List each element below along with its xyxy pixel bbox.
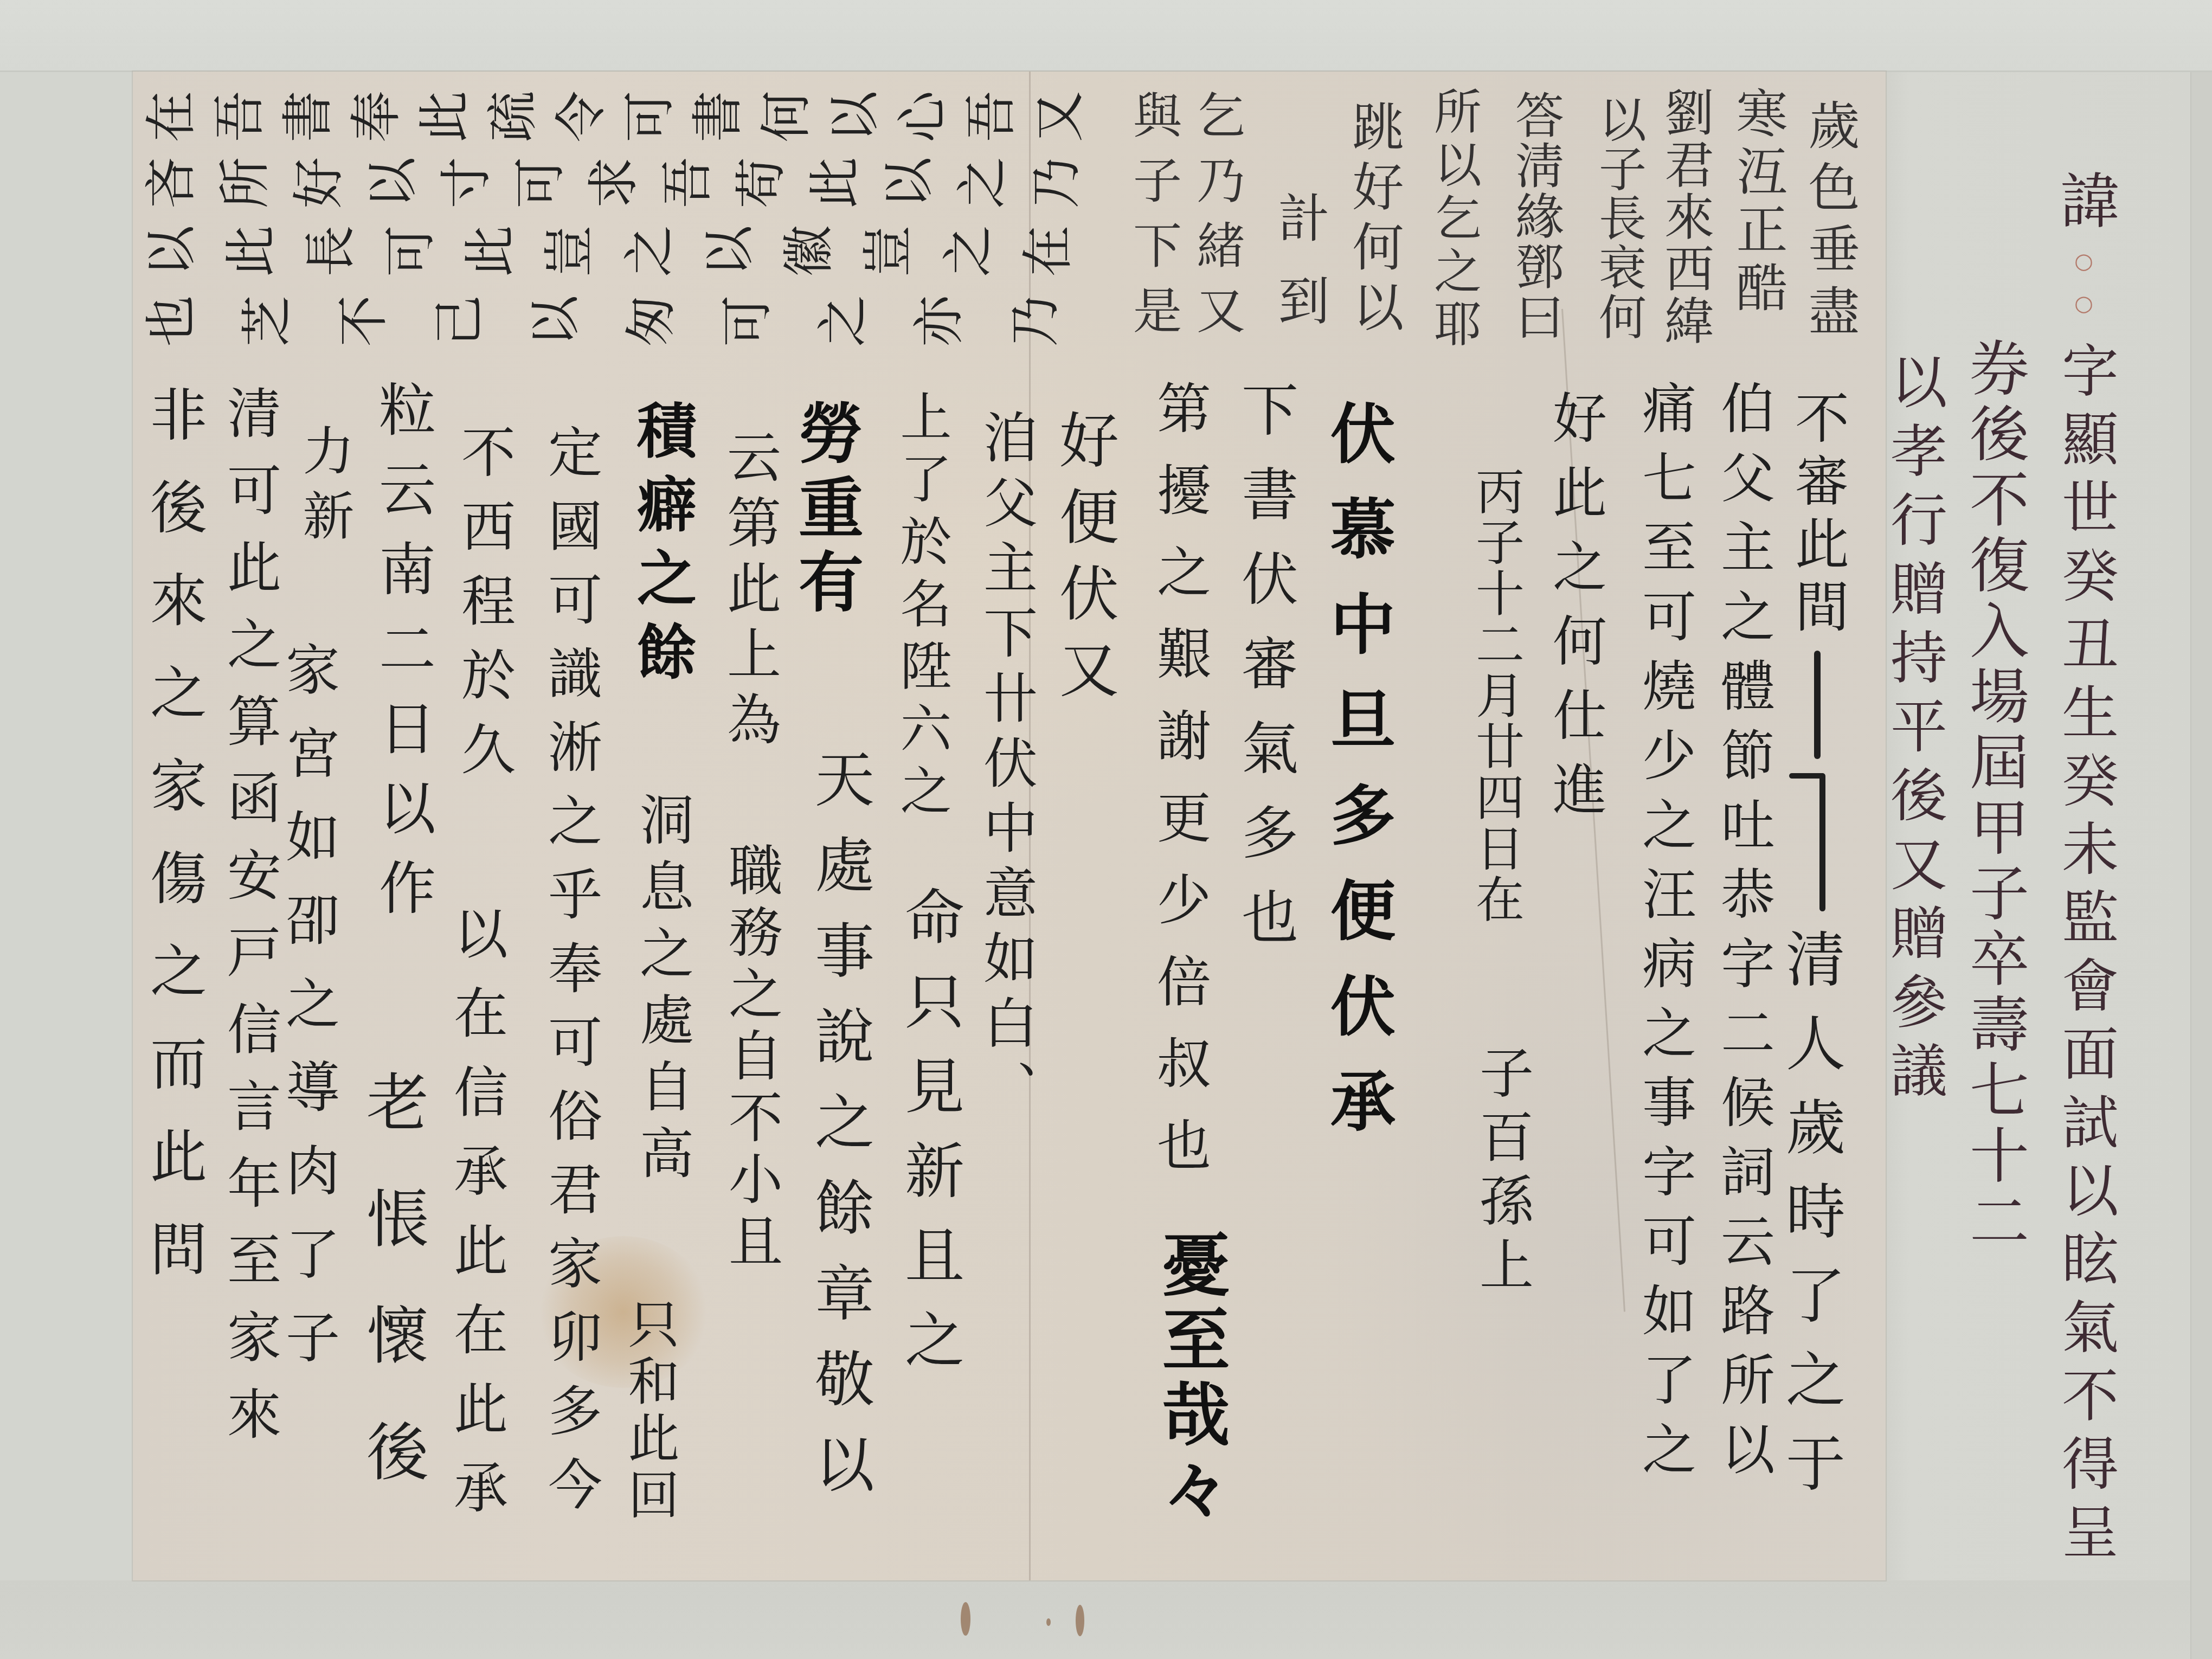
letter-upper-column: 歲色垂盡 [1804, 99, 1855, 346]
letter-upper-column: 劉君來西緯 [1660, 87, 1710, 347]
annotation-name-label: 諱 [2055, 170, 2115, 229]
letter-upper-column: 以子長衰何 [1595, 95, 1643, 342]
mount-right-edge [2190, 72, 2212, 1659]
letter-column-l8b: 家宮如卲之導肉了子 [281, 641, 335, 1393]
letter-column-c2: 下書伏審氣多也 [1237, 380, 1294, 972]
letter-upper-column: 所以乞之耶 [1430, 87, 1478, 352]
letter-column-r1a: 不審此間 [1790, 390, 1844, 641]
letter-column-c4: 好便伏又 [1054, 409, 1114, 715]
letter-column-l10: 非後來之家傷之而此問 [145, 385, 202, 1312]
margin-row: 以此長可此豈之以徽豈之在 [144, 230, 1103, 281]
letter-column-l1b: 命只見新且之 [900, 886, 960, 1393]
annotation-column-1: 字顯世癸丑生癸未監會面試以眩氣不得呈 [2057, 341, 2114, 1571]
letter-column-c1: 伏慕中旦多便伏承 [1325, 400, 1390, 1163]
mount-left-margin [0, 72, 133, 1659]
letter-column-l7a: 粒云南二日以作 [374, 380, 431, 938]
letter-column-l9: 清可此之算函安戸信言年至家來 [222, 385, 276, 1463]
margin-row: 也芝不己以匆可之亦乃 [144, 300, 1103, 351]
letter-column-r4: 好此之何仕進 [1548, 390, 1602, 835]
letter-column-l4b: 洞息之處自高 [635, 792, 689, 1192]
letter-column-l2a: 勞重有 [793, 400, 858, 622]
letter-upper-column: 答淸緣鄧曰 [1510, 90, 1559, 342]
name-placeholder-mark: ○ [2074, 250, 2093, 272]
letter-upper-column: 乞乃緒又 [1192, 90, 1240, 350]
ink-stroke [1814, 651, 1821, 759]
letter-column-l6b: 以在信承此在此承 [449, 905, 503, 1539]
letter-column-l5: 定國可識淅之乎奉可俗君家卯多今 [543, 424, 597, 1530]
letter-column-l4a: 積癖之餘 [632, 400, 692, 695]
mount-top-strip [0, 0, 2212, 72]
name-placeholder-mark: ○ [2074, 293, 2093, 314]
hinge-mark [1076, 1605, 1084, 1636]
letter-upper-column: 寒沍正酷 [1732, 87, 1783, 319]
letter-signature: 子百孫上 [1475, 1045, 1529, 1301]
letter-date: 丙子十二月廿四日在 [1471, 466, 1520, 925]
letter-column-r1b: 清人歲時了之于 [1781, 928, 1841, 1516]
margin-row: 吝所好以寸可求吾苟此以之乃 [144, 162, 1103, 213]
letter-column-l8a: 力新 [298, 424, 350, 554]
letter-column-l7b: 老悵懷後 [361, 1070, 423, 1536]
ink-stroke [1819, 773, 1825, 911]
letter-column-c3b: 憂至哉々 [1156, 1230, 1224, 1529]
mount-bottom-band [0, 1580, 2212, 1659]
letter-upper-column: 跳好何以 [1348, 100, 1399, 340]
letter-column-l2b: 天處事說之餘章敬以 [810, 748, 870, 1519]
letter-column-l1a: 上了於名陞六之 [896, 390, 947, 826]
annotation-column-2: 券後不復入場屆甲子卒壽七十二 [1965, 337, 2024, 1256]
letter-column-r2: 伯父主之體節吐恭字二候詞云路所以 [1716, 380, 1770, 1490]
letter-upper-column: 與子下是 [1128, 90, 1177, 350]
annotation-column-3: 以孝行贈持平後又贈參議 [1886, 352, 1943, 1110]
hinge-mark [961, 1602, 970, 1636]
letter-column-l6a: 不西程於久 [456, 424, 511, 795]
letter-column-l4c: 只和此回 [623, 1297, 675, 1525]
letter-column-l3a: 云第此上為 [722, 429, 776, 757]
letter-upper-column: 計到 [1274, 191, 1325, 356]
letter-column-r3: 痛七至可燒少之汪病之事字可如了之 [1637, 380, 1692, 1490]
letter-column-c5: 洎父主下卄伏中意如白、 [979, 409, 1033, 1125]
letter-column-l3b: 職務之自不小且 [724, 842, 778, 1275]
hinge-mark [1046, 1618, 1051, 1626]
letter-column-c3a: 第擾之艱謝更少倍叔也 [1152, 380, 1206, 1199]
margin-row: 在吾書奉此疏令可書何以心吾又 [144, 95, 1103, 147]
